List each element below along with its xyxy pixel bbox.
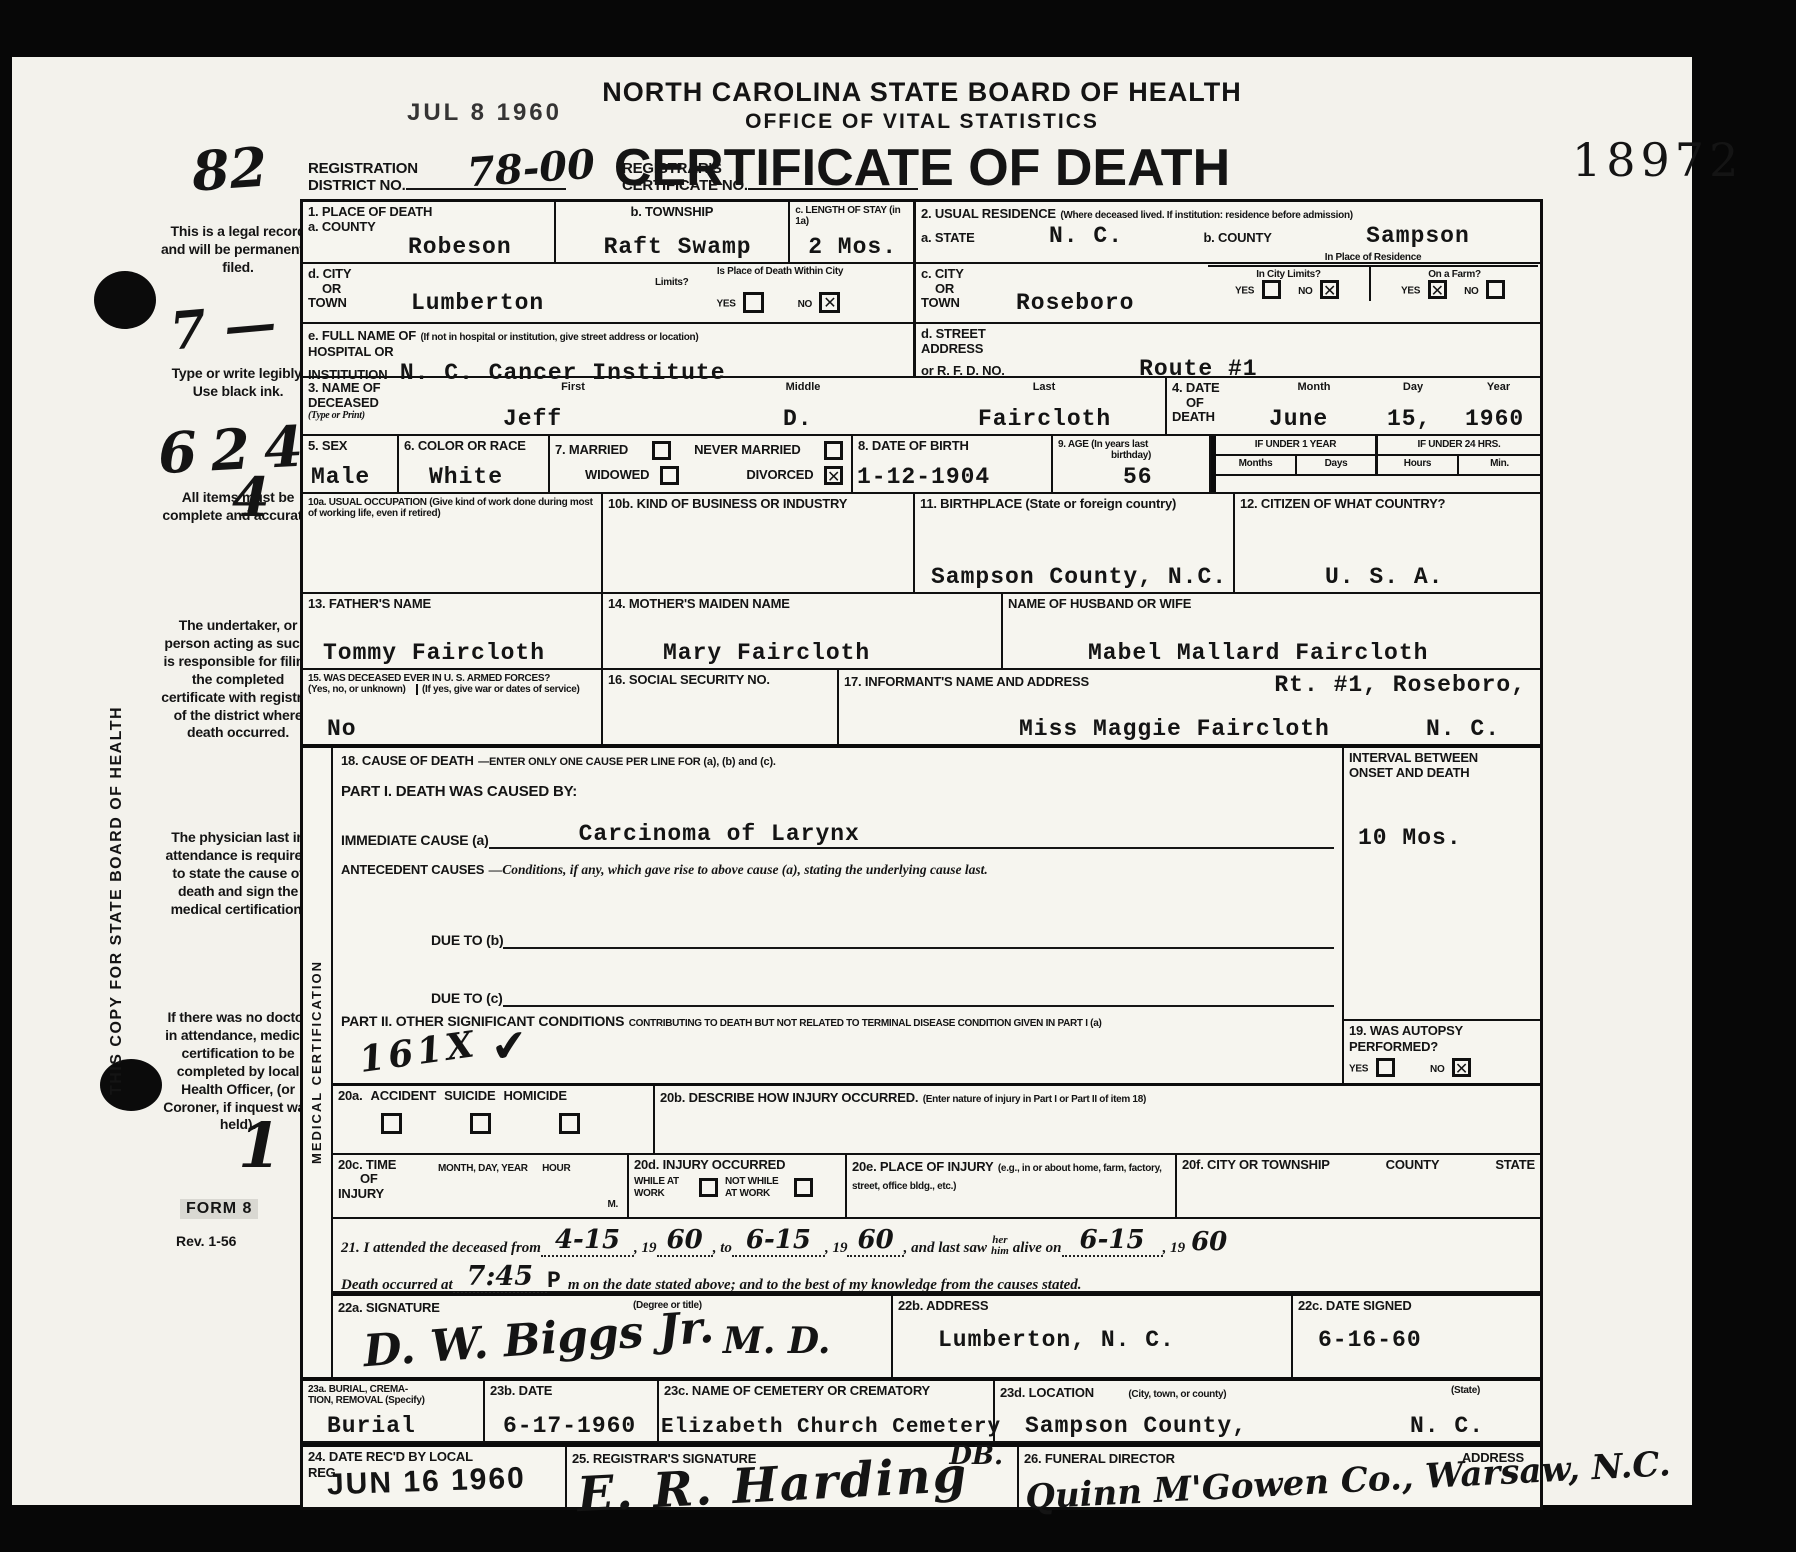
header-office: OFFICE OF VITAL STATISTICS xyxy=(552,110,1292,134)
birthplace-value: Sampson County, N.C. xyxy=(931,564,1227,590)
box-10b-business: 10b. KIND OF BUSINESS OR INDUSTRY xyxy=(603,494,915,592)
certificate-paper: THIS COPY FOR STATE BOARD OF HEALTH 82 J… xyxy=(12,57,1692,1505)
row-22-signature: 22a. SIGNATURE (Degree or title) D. W. B… xyxy=(333,1293,1540,1377)
handwritten-82: 82 xyxy=(190,134,269,203)
name-title: 3. NAME OF xyxy=(308,381,458,396)
row-23-burial: 23a. BURIAL, CREMA- TION, REMOVAL (Speci… xyxy=(303,1377,1540,1443)
checkbox-widowed xyxy=(660,466,679,485)
first-name-value: Jeff xyxy=(503,406,562,432)
age-value: 56 xyxy=(1123,464,1153,490)
informant-name-value: Miss Maggie Faircloth xyxy=(1019,716,1330,742)
box-7-marital-status: 7. MARRIED NEVER MARRIED WIDOWED DIVORCE… xyxy=(550,436,853,492)
field-due-to-b: DUE TO (b) xyxy=(341,925,1334,949)
box-11-birthplace: 11. BIRTHPLACE (State or foreign country… xyxy=(915,494,1235,592)
death-township-value: Raft Swamp xyxy=(604,234,752,260)
box-21-attended: 21. I attended the deceased from 4-15 , … xyxy=(333,1219,1540,1293)
part2-handwritten-code: 161X xyxy=(357,1023,481,1081)
field-death-township: b. TOWNSHIP Raft Swamp xyxy=(556,202,791,262)
box-husband-wife: NAME OF HUSBAND OR WIFE Mabel Mallard Fa… xyxy=(1003,594,1540,668)
margin-note-type-ink: Type or write legibly. Use black ink. xyxy=(160,365,316,401)
box-13-father: 13. FATHER'S NAME Tommy Faircloth xyxy=(303,594,603,668)
handwritten-1: 1 xyxy=(238,1109,281,1182)
box-6-color-race: 6. COLOR OR RACE White xyxy=(399,436,550,492)
field-part2-conditions: PART II. OTHER SIGNIFICANT CONDITIONS CO… xyxy=(341,1013,1334,1079)
row-service-informant: 15. WAS DECEASED EVER IN U. S. ARMED FOR… xyxy=(303,670,1540,744)
checkbox-suicide xyxy=(470,1113,491,1134)
box-15-armed-forces: 15. WAS DECEASED EVER IN U. S. ARMED FOR… xyxy=(303,670,603,744)
form-number: FORM 8 xyxy=(180,1199,258,1219)
box-12-citizen: 12. CITIZEN OF WHAT COUNTRY? U. S. A. xyxy=(1235,494,1540,592)
margin-vertical-text: THIS COPY FOR STATE BOARD OF HEALTH xyxy=(108,525,126,1095)
row-parents-spouse: 13. FATHER'S NAME Tommy Faircloth 14. MO… xyxy=(303,594,1540,670)
field-due-to-c: DUE TO (c) xyxy=(341,983,1334,1007)
informant-address-line2: N. C. xyxy=(1426,716,1500,742)
interval-column: INTERVAL BETWEEN ONSET AND DEATH 10 Mos.… xyxy=(1342,748,1540,1083)
field-residence-state: a. STATE N. C. xyxy=(921,223,1203,249)
box-17-informant: 17. INFORMANT'S NAME AND ADDRESS Rt. #1,… xyxy=(839,670,1540,744)
field-dod-year: Year 1960 xyxy=(1457,378,1540,434)
death-county-label: a. COUNTY xyxy=(308,220,549,235)
checkbox-not-while-at-work xyxy=(794,1178,813,1197)
cemetery-value: Elizabeth Church Cemetery xyxy=(661,1416,1001,1439)
immediate-cause-value: Carcinoma of Larynx xyxy=(579,821,860,847)
box-4-date-of-death: 4. DATE OF DEATH Month June Day 15, Year… xyxy=(1167,378,1540,434)
field-middle-name: Middle D. xyxy=(683,378,923,434)
field-last-name: Last Faircloth xyxy=(923,378,1165,434)
box-20e-place-of-injury: 20e. PLACE OF INJURY (e.g., in or about … xyxy=(847,1155,1177,1217)
registrar-certificate-label: REGISTRAR'S CERTIFICATE NO. xyxy=(622,161,918,195)
her-him-stack: her him xyxy=(991,1235,1009,1257)
box-23a-burial-type: 23a. BURIAL, CREMA- TION, REMOVAL (Speci… xyxy=(303,1381,485,1441)
box-9-under-age-grid: IF UNDER 1 YEAR IF UNDER 24 HRS. Months … xyxy=(1211,436,1540,492)
length-of-stay-value: 2 Mos. xyxy=(808,234,897,260)
margin-note-undertaker: The undertaker, or person acting as such… xyxy=(160,617,316,742)
death-city-value: Lumberton xyxy=(411,290,544,316)
part2-check-mark: ✔ xyxy=(488,1019,530,1074)
checkbox-death-limits-no: ✕ xyxy=(819,292,840,313)
punch-hole-top xyxy=(94,271,156,329)
checkbox-accident xyxy=(381,1113,402,1134)
checkbox-residence-limits-no: ✕ xyxy=(1320,280,1339,299)
field-first-name: First Jeff xyxy=(463,378,683,434)
checkbox-death-limits-yes xyxy=(743,292,764,313)
medical-certification-section: MEDICAL CERTIFICATION 18. CAUSE OF DEATH… xyxy=(303,744,1540,1377)
mother-name-value: Mary Faircloth xyxy=(663,640,870,666)
dod-title: 4. DATE xyxy=(1172,381,1254,396)
row-occupation-birthplace: 10a. USUAL OCCUPATION (Give kind of work… xyxy=(303,494,1540,594)
physician-degree-value: M. D. xyxy=(723,1320,830,1362)
field-immediate-cause: IMMEDIATE CAUSE (a) Carcinoma of Larynx xyxy=(341,819,1334,849)
burial-location-value: Sampson County, xyxy=(1025,1413,1247,1439)
attended-from-value: 4-15 xyxy=(541,1225,634,1257)
checkbox-farm-no xyxy=(1486,280,1505,299)
header-board: NORTH CAROLINA STATE BOARD OF HEALTH xyxy=(552,77,1292,108)
middle-name-value: D. xyxy=(783,406,813,432)
checkbox-while-at-work xyxy=(699,1178,718,1197)
residence-limits-block: In Place of Residence In City Limits? YE… xyxy=(1208,252,1538,301)
box-8-date-of-birth: 8. DATE OF BIRTH 1-12-1904 xyxy=(853,436,1053,492)
margin-note-physician: The physician last in attendance is requ… xyxy=(160,829,316,919)
box-26-funeral-director: 26. FUNERAL DIRECTOR ADDRESS Quinn M'Gow… xyxy=(1019,1447,1540,1507)
last-saw-alive-year: 60 xyxy=(1185,1227,1233,1257)
date-received-stamp: JUN 16 1960 xyxy=(326,1461,526,1502)
checkbox-farm-yes: ✕ xyxy=(1428,280,1447,299)
box-20f-city-county-state: 20f. CITY OR TOWNSHIP COUNTY STATE xyxy=(1177,1155,1540,1217)
residence-farm-question: On a Farm? YES ✕ NO xyxy=(1371,267,1538,301)
field-length-of-stay: c. LENGTH OF STAY (in 1a) 2 Mos. xyxy=(790,202,913,262)
certificate-number: 18972 xyxy=(1572,133,1743,187)
spouse-name-value: Mabel Mallard Faircloth xyxy=(1088,640,1428,666)
residence-title: 2. USUAL RESIDENCE xyxy=(921,206,1056,221)
checkbox-residence-limits-yes xyxy=(1262,280,1281,299)
box-20b-how-injury: 20b. DESCRIBE HOW INJURY OCCURRED. (Ente… xyxy=(655,1086,1540,1153)
dod-year-value: 1960 xyxy=(1465,406,1524,432)
box-14-mother: 14. MOTHER'S MAIDEN NAME Mary Faircloth xyxy=(603,594,1003,668)
date-signed-value: 6-16-60 xyxy=(1318,1327,1535,1353)
field-dod-month: Month June xyxy=(1259,378,1369,434)
race-value: White xyxy=(429,464,503,490)
box-10a-occupation: 10a. USUAL OCCUPATION (Give kind of work… xyxy=(303,494,603,592)
interval-value: 10 Mos. xyxy=(1358,825,1540,851)
death-county-value: Robeson xyxy=(408,234,512,260)
row-demographics: 5. SEX Male 6. COLOR OR RACE White 7. MA… xyxy=(303,436,1540,494)
checkbox-autopsy-no: ✕ xyxy=(1452,1058,1471,1077)
residence-state-value: N. C. xyxy=(1049,223,1123,249)
death-ampm-value: P xyxy=(547,1268,562,1294)
margin-note-legal: This is a legal record and will be perma… xyxy=(160,223,316,277)
field-dod-day: Day 15, xyxy=(1369,378,1457,434)
attended-from-year: 60 xyxy=(657,1225,713,1257)
informant-address-line1: Rt. #1, Roseboro, xyxy=(1274,672,1526,698)
residence-city-value: Roseboro xyxy=(1016,290,1134,316)
medical-certification-strip: MEDICAL CERTIFICATION xyxy=(303,748,333,1377)
field-death-city: d. CITY OR TOWN Lumberton Is Place of De… xyxy=(303,264,913,322)
residence-county-value: Sampson xyxy=(1366,223,1470,249)
box-23d-location: 23d. LOCATION (City, town, or county) (S… xyxy=(995,1381,1540,1441)
box-22c-date-signed: 22c. DATE SIGNED 6-16-60 xyxy=(1293,1296,1540,1377)
form-revision: Rev. 1-56 xyxy=(176,1233,236,1249)
death-certificate-form: 1. PLACE OF DEATH a. COUNTY Robeson b. T… xyxy=(300,199,1543,1510)
field-residence-county: b. COUNTY Sampson xyxy=(1203,223,1535,249)
burial-date-value: 6-17-1960 xyxy=(503,1413,636,1439)
death-city-limits-question: Is Place of Death Within City Limits? YE… xyxy=(655,266,905,313)
row-20ab: 20a. ACCIDENT SUICIDE HOMICIDE 20b. DESC xyxy=(333,1083,1540,1155)
checkbox-married xyxy=(652,441,671,460)
field-hospital: e. FULL NAME OF (If not in hospital or i… xyxy=(303,324,913,374)
box-20c-time-of-injury: 20c. TIME OF INJURY MONTH, DAY, YEAR HOU… xyxy=(333,1155,629,1217)
handwritten-7: 7 — xyxy=(168,292,279,362)
row-20cf: 20c. TIME OF INJURY MONTH, DAY, YEAR HOU… xyxy=(333,1155,1540,1219)
last-saw-alive-value: 6-15 xyxy=(1062,1225,1163,1257)
registration-district-value: 78-00 xyxy=(466,141,597,197)
box-20d-injury-occurred: 20d. INJURY OCCURRED WHILE AT WORK NOT W… xyxy=(629,1155,847,1217)
box-20a-accident-suicide-homicide: 20a. ACCIDENT SUICIDE HOMICIDE xyxy=(333,1086,655,1153)
checkbox-autopsy-yes xyxy=(1376,1058,1395,1077)
burial-state-value: N. C. xyxy=(1410,1413,1484,1439)
margin-note-complete: All items must be complete and accurate. xyxy=(160,489,316,525)
row-24-26: 24. DATE REC'D BY LOCAL REG. JUN 16 1960… xyxy=(303,1443,1540,1507)
date-stamp-top: JUL 8 1960 xyxy=(407,99,562,127)
sex-value: Male xyxy=(311,464,370,490)
box-9-age: 9. AGE (In years last birthday) 56 xyxy=(1053,436,1211,492)
residence-title-note: (Where deceased lived. If institution: r… xyxy=(1060,210,1353,221)
death-township-label: b. TOWNSHIP xyxy=(561,205,784,220)
last-name-value: Faircloth xyxy=(978,406,1111,432)
box-3-name-of-deceased: 3. NAME OF DECEASED (Type or Print) Firs… xyxy=(303,378,1167,434)
row-place-residence: 1. PLACE OF DEATH a. COUNTY Robeson b. T… xyxy=(303,202,1540,378)
box-19-autopsy: 19. WAS AUTOPSY PERFORMED? YES NO ✕ xyxy=(1344,1019,1540,1083)
box-23b-burial-date: 23b. DATE 6-17-1960 xyxy=(485,1381,659,1441)
citizen-value: U. S. A. xyxy=(1325,564,1443,590)
box-25-registrar-signature: 25. REGISTRAR'S SIGNATURE DB. E. R. Hard… xyxy=(567,1447,1019,1507)
hospital-note: (If not in hospital or institution, give… xyxy=(420,332,698,343)
dod-month-value: June xyxy=(1269,406,1328,432)
physician-address-value: Lumberton, N. C. xyxy=(938,1327,1286,1353)
father-name-value: Tommy Faircloth xyxy=(323,640,545,666)
place-of-death-title: 1. PLACE OF DEATH xyxy=(308,205,549,220)
attended-to-year: 60 xyxy=(847,1225,903,1257)
box-16-ssn: 16. SOCIAL SECURITY NO. xyxy=(603,670,839,744)
field-death-county: 1. PLACE OF DEATH a. COUNTY Robeson xyxy=(303,202,556,262)
box-22a-signature: 22a. SIGNATURE (Degree or title) D. W. B… xyxy=(333,1296,893,1377)
box-22b-address: 22b. ADDRESS Lumberton, N. C. xyxy=(893,1296,1293,1377)
box-24-date-received: 24. DATE REC'D BY LOCAL REG. JUN 16 1960 xyxy=(303,1447,567,1507)
armed-forces-value: No xyxy=(327,716,357,742)
dod-day-value: 15, xyxy=(1387,406,1431,432)
checkbox-divorced: ✕ xyxy=(824,466,843,485)
length-of-stay-label: c. LENGTH OF STAY (in 1a) xyxy=(795,205,908,227)
death-time-value: 7:45 xyxy=(453,1261,547,1294)
box-23c-cemetery: 23c. NAME OF CEMETERY OR CREMATORY Eliza… xyxy=(659,1381,995,1441)
burial-type-value: Burial xyxy=(327,1413,416,1439)
dob-value: 1-12-1904 xyxy=(857,464,990,490)
row-name-dod: 3. NAME OF DECEASED (Type or Print) Firs… xyxy=(303,378,1540,436)
residence-city-limits-question: In City Limits? YES NO ✕ xyxy=(1208,267,1371,301)
checkbox-homicide xyxy=(559,1113,580,1134)
box-2-usual-residence: 2. USUAL RESIDENCE (Where deceased lived… xyxy=(916,202,1540,376)
checkbox-never-married xyxy=(824,441,843,460)
attended-to-value: 6-15 xyxy=(732,1225,825,1257)
scanned-death-certificate: { "glyphs": { "x_mark": "✕", "check_mark… xyxy=(0,0,1796,1552)
field-street-address: d. STREET ADDRESS or R. F. D. NO. Route … xyxy=(916,324,1540,374)
box-1-place-of-death: 1. PLACE OF DEATH a. COUNTY Robeson b. T… xyxy=(303,202,916,376)
box-5-sex: 5. SEX Male xyxy=(303,436,399,492)
box-18-cause-of-death: 18. CAUSE OF DEATH —ENTER ONLY ONE CAUSE… xyxy=(333,748,1540,1083)
medical-certification-vertical-label: MEDICAL CERTIFICATION xyxy=(310,960,325,1164)
